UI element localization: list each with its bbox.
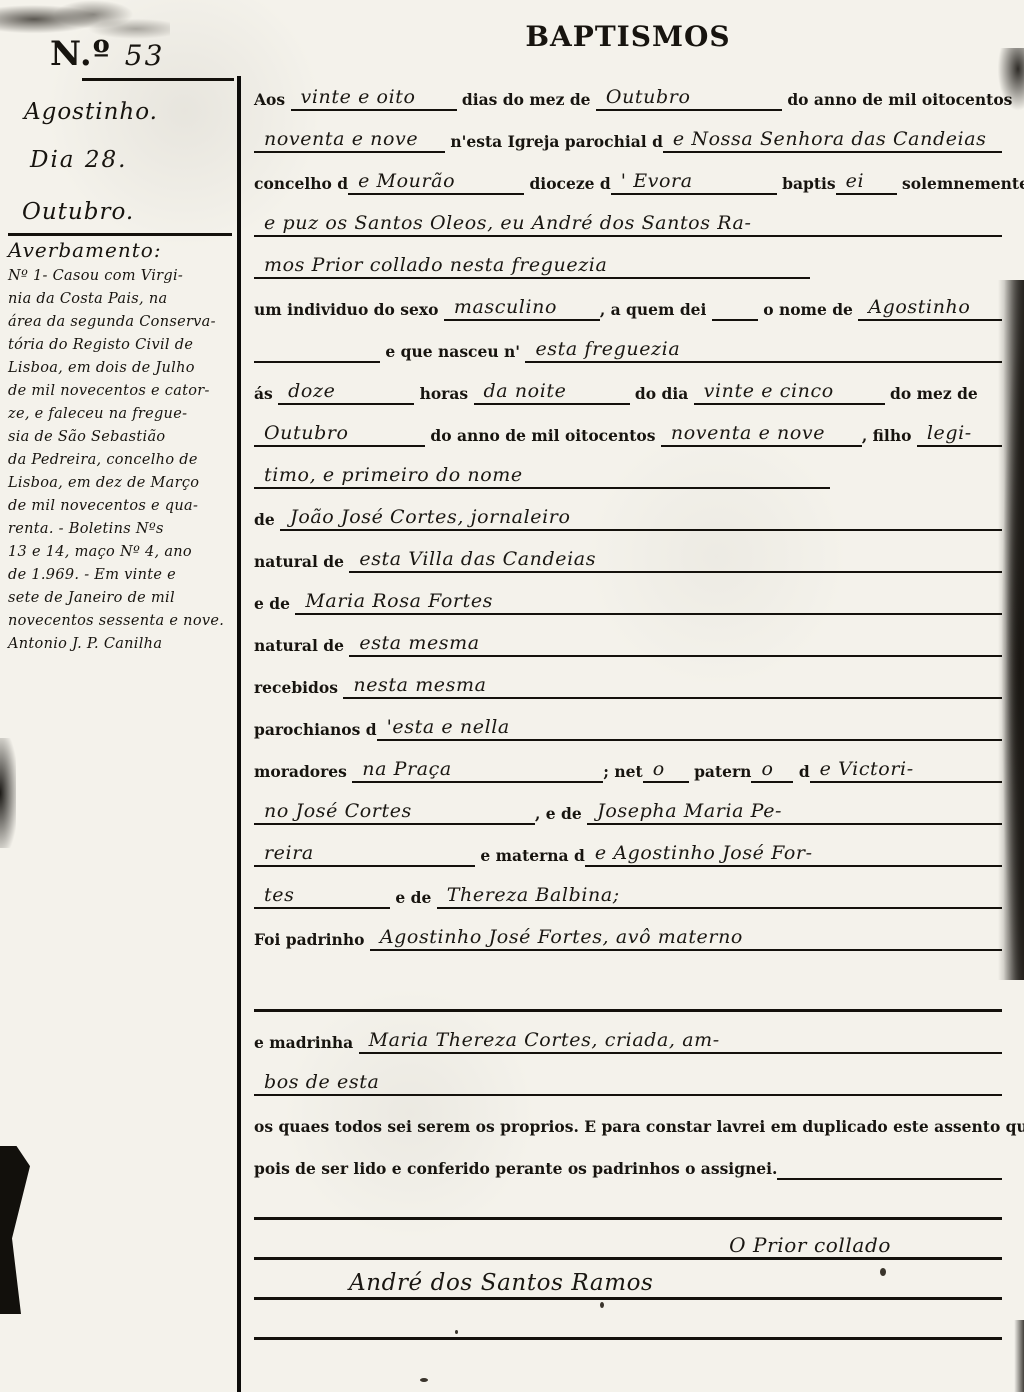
record-line: Outubro do anno de mil oitocentos novent… [254,405,1002,447]
handwritten-entry: na Praça [352,759,603,783]
printed-label: , a quem dei [600,301,712,321]
record-line: pois de ser lido e conferido perante os … [254,1138,1002,1180]
handwritten-entry [777,1177,1002,1180]
printed-label: dioceze d [524,175,611,195]
printed-label: o nome de [758,301,859,321]
handwritten-entry: ei [836,171,897,195]
record-line: mos Prior collado nesta freguezia [254,237,1002,279]
printed-label: ; net [603,763,642,783]
handwritten-entry: esta mesma [349,633,1002,657]
printed-label: um individuo do sexo [254,301,444,321]
record-line: natural de esta Villa das Candeias [254,531,1002,573]
annotation-line: tória do Registo Civil de [8,334,234,357]
handwritten-entry: ' Evora [611,171,777,195]
handwritten-entry: da noite [474,381,630,405]
printed-label: os quaes todos sei serem os proprios. E … [254,1118,1024,1138]
record-line: os quaes todos sei serem os proprios. E … [254,1096,1002,1138]
printed-label: d [793,763,809,783]
handwritten-entry: Maria Rosa Fortes [295,591,1002,615]
annotation-line: da Pedreira, concelho de [8,449,234,472]
record-line [254,967,1002,1012]
handwritten-entry: O Prior collado [719,1234,897,1257]
printed-label: natural de [254,637,349,657]
handwritten-entry: esta freguezia [525,339,1002,363]
margin-column: N.º53 Agostinho. Dia 28. Outubro. Averba… [8,34,234,656]
page-title: BAPTISMOS [254,20,1002,53]
annotation-body: Nº 1- Casou com Virgi-nia da Costa Pais,… [8,265,234,656]
annotation-line: de mil novecentos e qua- [8,495,234,518]
printed-label: moradores [254,763,352,783]
baptism-register-page: N.º53 Agostinho. Dia 28. Outubro. Averba… [0,0,1024,1392]
handwritten-entry: bos de esta [254,1072,1002,1096]
scan-blotch-left [0,738,16,848]
record-line: Foi padrinho Agostinho José Fortes, avô … [254,909,1002,951]
annotation-line: Nº 1- Casou com Virgi- [8,265,234,288]
printed-label: de [254,511,280,531]
handwritten-entry: Maria Thereza Cortes, criada, am- [359,1030,1002,1054]
column-divider-rule [237,76,241,1392]
printed-label: baptis [777,175,836,195]
baptized-name: Agostinho. [24,99,234,125]
record-line: noventa e nove n'esta Igreja parochial d… [254,111,1002,153]
annotation-line: sete de Janeiro de mil [8,587,234,610]
printed-label: parochianos d [254,721,377,741]
handwritten-entry: Josepha Maria Pe- [587,801,1002,825]
handwritten-entry: nesta mesma [343,675,1002,699]
handwritten-entry [712,318,758,321]
printed-label: recebidos [254,679,343,699]
printed-label: ás [254,385,278,405]
handwritten-entry [254,360,380,363]
printed-label: horas [414,385,473,405]
record-line: natural de esta mesma [254,615,1002,657]
record-month: Outubro. [22,199,234,225]
record-body: Aos vinte e oito dias do mez de Outubro … [254,69,1002,1340]
annotation-line: Antonio J. P. Canilha [8,633,234,656]
handwritten-entry: o [643,759,689,783]
record-line: O Prior collado [254,1220,1002,1260]
handwritten-entry: doze [278,381,414,405]
handwritten-entry: Agostinho [858,297,1002,321]
printed-label: e que nasceu n' [380,343,525,363]
handwritten-entry: 'esta e nella [377,717,1002,741]
scan-wedge-bottomleft [0,1146,30,1314]
handwritten-entry: Thereza Balbina; [437,885,1002,909]
printed-label: e de [390,889,437,909]
annotation-line: ze, e faleceu na fregue- [8,403,234,426]
record-line: André dos Santos Ramos [254,1260,1002,1300]
record-line [254,1180,1002,1220]
printed-label: patern [689,763,752,783]
printed-label: do dia [630,385,694,405]
record-number-value: 53 [125,39,165,72]
record-line: e de Maria Rosa Fortes [254,573,1002,615]
handwritten-entry: timo, e primeiro do nome [254,465,830,489]
record-line [254,1300,1002,1340]
annotation-line: Lisboa, em dez de Março [8,472,234,495]
handwritten-entry: João José Cortes, jornaleiro [280,507,1002,531]
margin-rule [82,78,234,81]
record-line: tes e de Thereza Balbina; [254,867,1002,909]
handwritten-entry: tes [254,885,390,909]
printed-label: Foi padrinho [254,931,370,951]
record-day: Dia 28. [30,147,234,173]
record-line: e que nasceu n' esta freguezia [254,321,1002,363]
annotation-line: sia de São Sebastião [8,426,234,449]
printed-label: dias do mez de [457,91,596,111]
record-number-label: N.º [50,34,111,74]
record-line: e puz os Santos Oleos, eu André dos Sant… [254,195,1002,237]
annotation-line: renta. - Boletins Nºs [8,518,234,541]
scan-edge-bottomright [1010,1320,1024,1392]
record-line: Aos vinte e oito dias do mez de Outubro … [254,69,1002,111]
handwritten-entry: e puz os Santos Oleos, eu André dos Sant… [254,213,1002,237]
handwritten-entry: e Agostinho José For- [585,843,1002,867]
record-line: um individuo do sexo masculino, a quem d… [254,279,1002,321]
handwritten-entry: legi- [917,423,1002,447]
record-line: ás doze horas da noite do dia vinte e ci… [254,363,1002,405]
record-line: bos de esta [254,1054,1002,1096]
record-line: parochianos d'esta e nella [254,699,1002,741]
annotation-line: nia da Costa Pais, na [8,288,234,311]
record-line: recebidos nesta mesma [254,657,1002,699]
printed-label: Aos [254,91,291,111]
annotation-line: área da segunda Conserva- [8,311,234,334]
printed-label: solemnemente [897,175,1024,195]
printed-label: n'esta Igreja parochial d [445,133,663,153]
handwritten-entry: no José Cortes [254,801,535,825]
printed-label: do anno de mil oitocentos [425,427,661,447]
handwritten-entry: e Mourão [348,171,524,195]
handwritten-entry: Agostinho José Fortes, avô materno [370,927,1002,951]
printed-label: e madrinha [254,1034,359,1054]
annotation-line: de mil novecentos e cator- [8,380,234,403]
printed-label: e materna d [475,847,585,867]
record-line: moradores na Praça; neto paterno de Vict… [254,741,1002,783]
printed-label: , e de [535,805,587,825]
record-column: BAPTISMOS Aos vinte e oito dias do mez d… [254,20,1002,1340]
annotation-title: Averbamento: [8,238,234,262]
record-line: e madrinha Maria Thereza Cortes, criada,… [254,1012,1002,1054]
handwritten-entry: vinte e cinco [694,381,885,405]
record-line: concelho de Mourão dioceze d' Evora bapt… [254,153,1002,195]
annotation-line: novecentos sessenta e nove. [8,610,234,633]
handwritten-entry: e Victori- [810,759,1002,783]
margin-rule [8,233,232,236]
handwritten-entry: noventa e nove [254,129,445,153]
handwritten-entry: noventa e nove [661,423,862,447]
ink-speck [420,1378,428,1382]
handwritten-entry: reira [254,843,475,867]
printed-label: concelho d [254,175,348,195]
handwritten-entry: esta Villa das Candeias [349,549,1002,573]
handwritten-entry: masculino [444,297,600,321]
handwritten-entry: Outubro [596,87,782,111]
annotation-line: de 1.969. - Em vinte e [8,564,234,587]
record-number: N.º53 [50,34,234,74]
handwritten-entry: vinte e oito [291,87,457,111]
printed-label: pois de ser lido e conferido perante os … [254,1160,777,1180]
printed-label: do mez de [885,385,978,405]
handwritten-entry: mos Prior collado nesta freguezia [254,255,810,279]
record-line: reira e materna de Agostinho José For- [254,825,1002,867]
handwritten-entry: Outubro [254,423,425,447]
annotation-line: 13 e 14, maço Nº 4, ano [8,541,234,564]
handwritten-entry: o [751,759,793,783]
printed-label: do anno de mil oitocentos [782,91,1012,111]
printed-label: natural de [254,553,349,573]
record-line: de João José Cortes, jornaleiro [254,489,1002,531]
handwritten-entry: André dos Santos Ramos [339,1271,659,1297]
printed-label: , filho [862,427,917,447]
printed-label: e de [254,595,295,615]
record-line: timo, e primeiro do nome [254,447,1002,489]
record-line: no José Cortes, e de Josepha Maria Pe- [254,783,1002,825]
handwritten-entry: e Nossa Senhora das Candeias [663,129,1002,153]
annotation-line: Lisboa, em dois de Julho [8,357,234,380]
